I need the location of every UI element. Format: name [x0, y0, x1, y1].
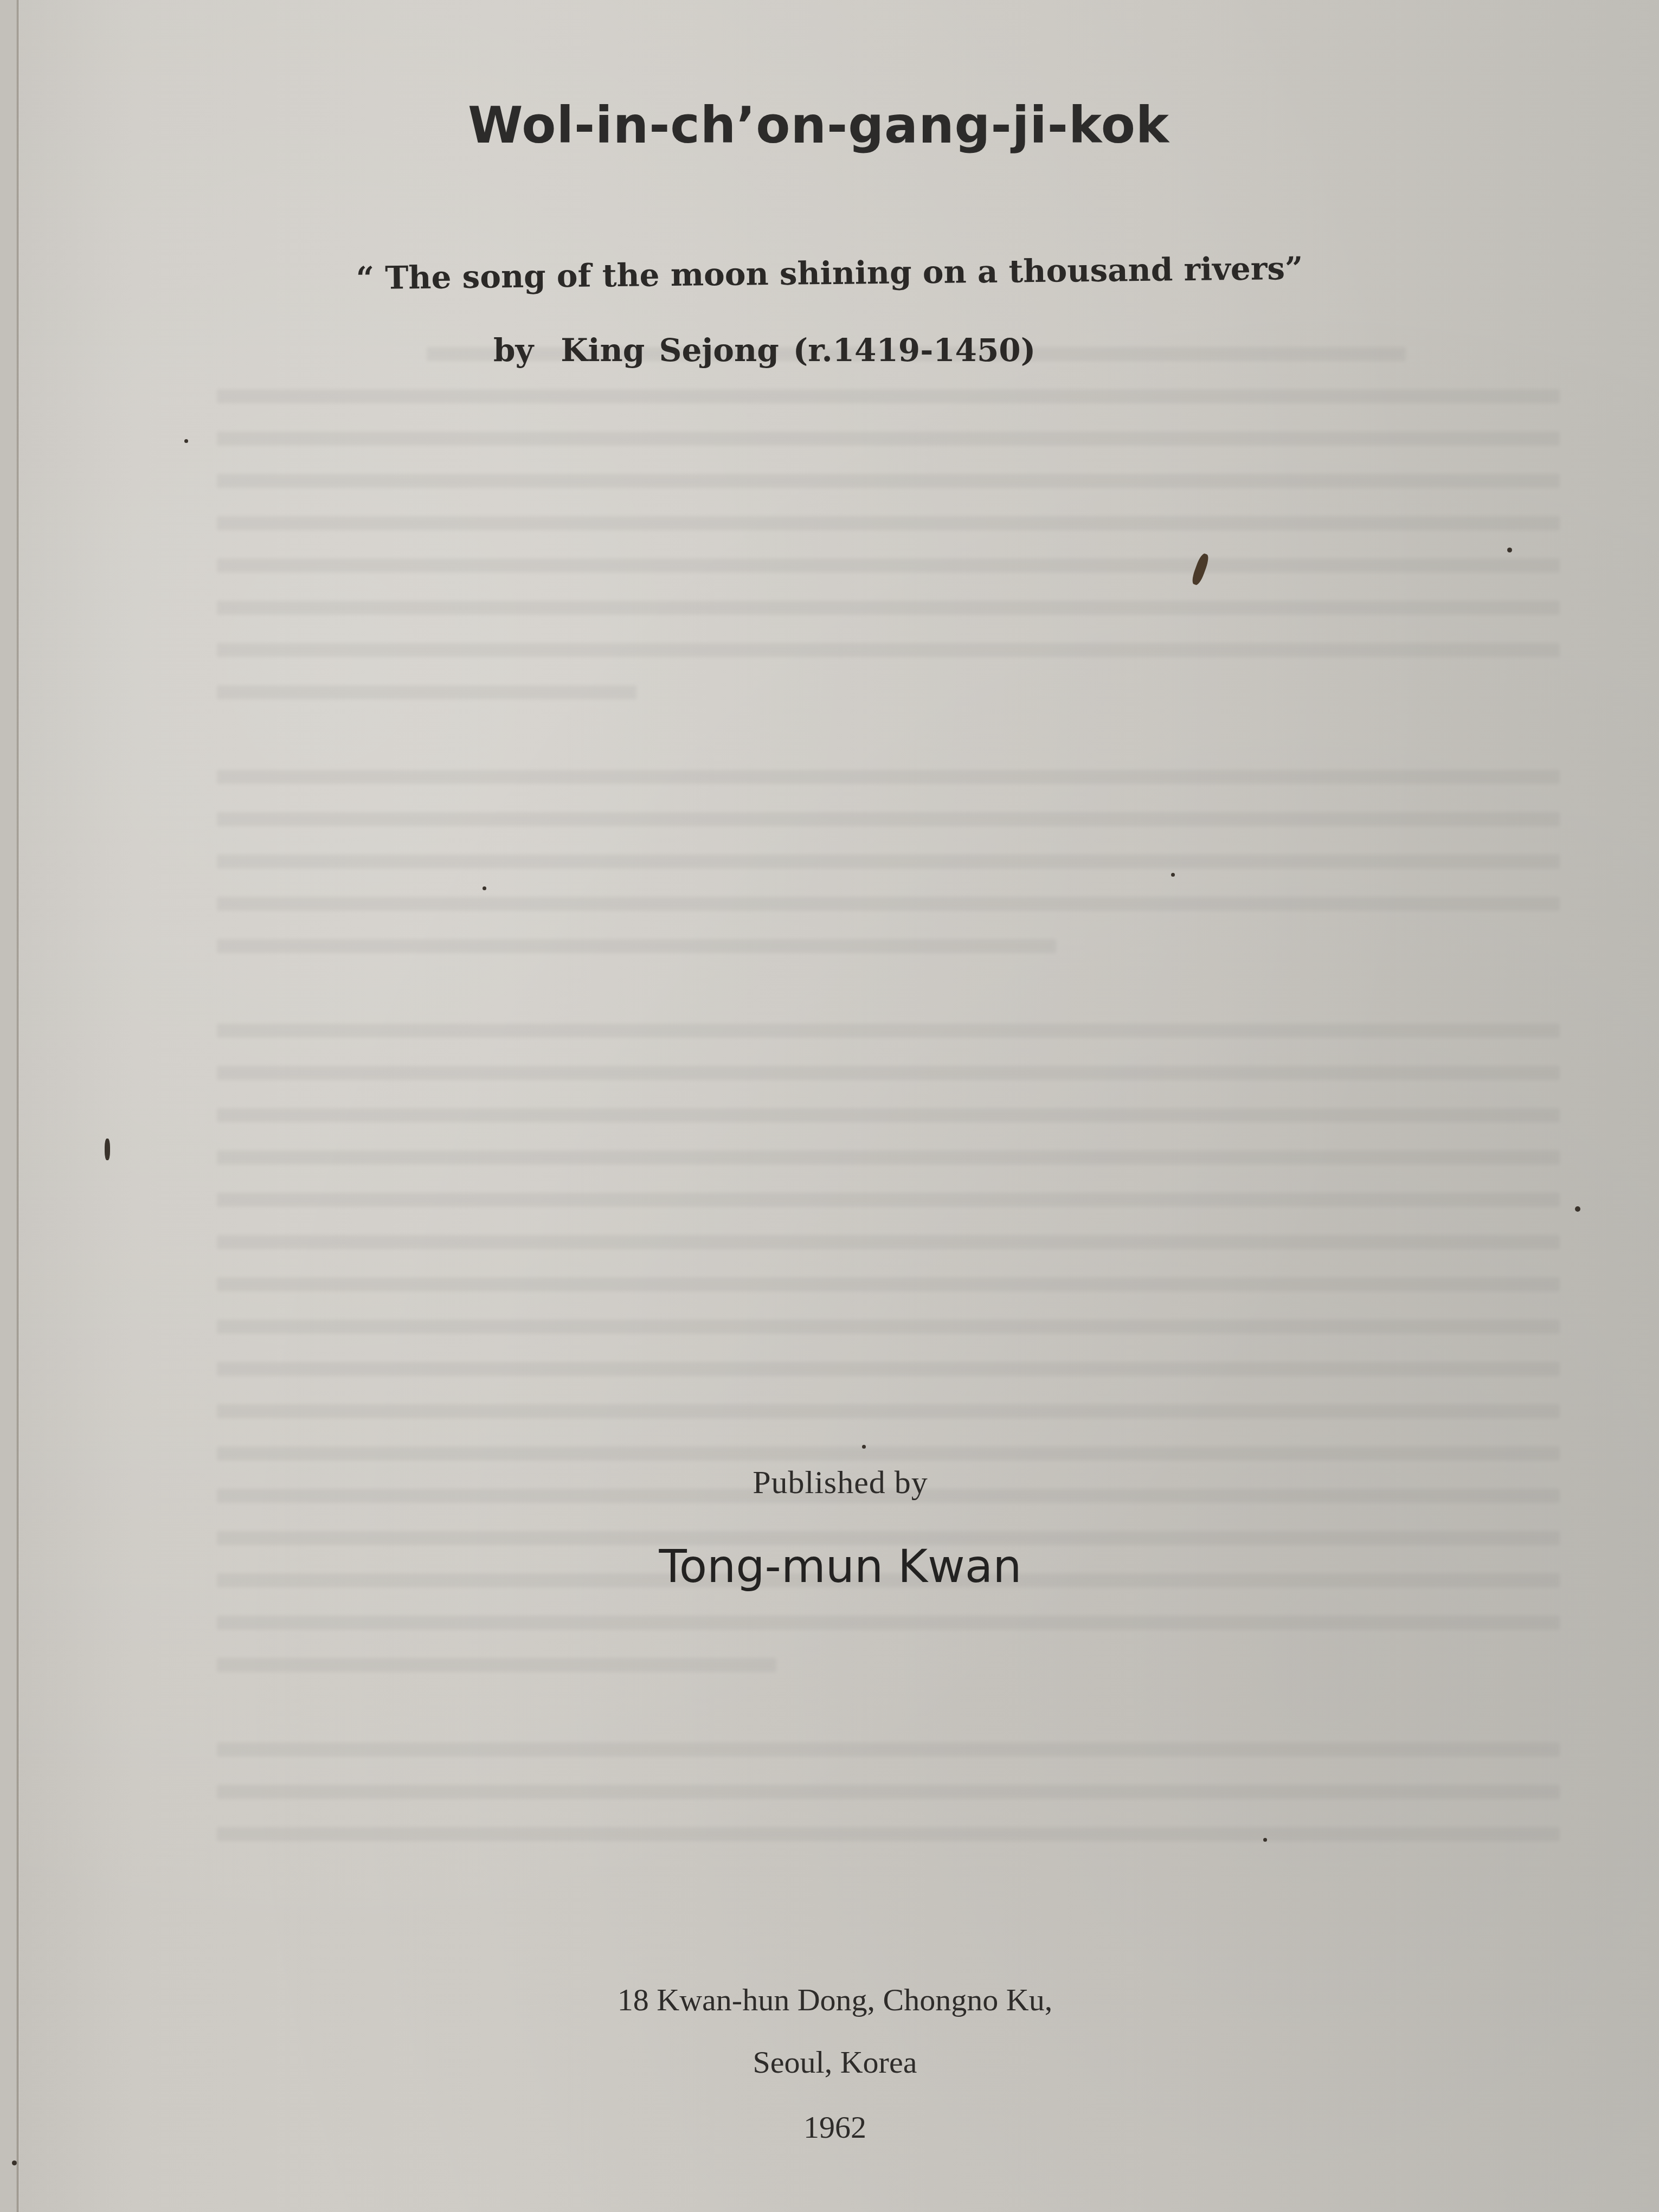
- paper-speck: [1507, 548, 1512, 552]
- paper-speck: [1575, 1206, 1580, 1212]
- paper-speck: [1263, 1838, 1267, 1842]
- paper-speck: [1190, 552, 1210, 587]
- paper-speck: [184, 439, 188, 443]
- paper-speck: [1171, 873, 1175, 877]
- paper-speck: [12, 2160, 17, 2165]
- paper-speck: [483, 886, 486, 890]
- author-name: King Sejong (r.1419-1450): [561, 332, 1036, 369]
- show-through-text: [217, 347, 1616, 2082]
- author-byline: byKing Sejong (r.1419-1450): [0, 332, 1594, 369]
- publisher-city: Seoul, Korea: [5, 2044, 1659, 2080]
- paper-speck: [105, 1139, 110, 1160]
- paper-speck: [862, 1445, 866, 1449]
- book-subtitle: “ The song of the moon shining on a thou…: [0, 246, 1659, 300]
- book-title: Wol-in-ch’on-gang-ji-kok: [0, 97, 1648, 155]
- title-page: Wol-in-ch’on-gang-ji-kok “ The song of t…: [0, 0, 1659, 2212]
- publisher-address: 18 Kwan-hun Dong, Chongno Ku,: [5, 1982, 1659, 2018]
- publication-year: 1962: [5, 2109, 1659, 2145]
- byline-prefix: by: [493, 332, 533, 369]
- published-by-label: Published by: [11, 1464, 1659, 1501]
- publisher-name: Tong-mun Kwan: [11, 1540, 1659, 1593]
